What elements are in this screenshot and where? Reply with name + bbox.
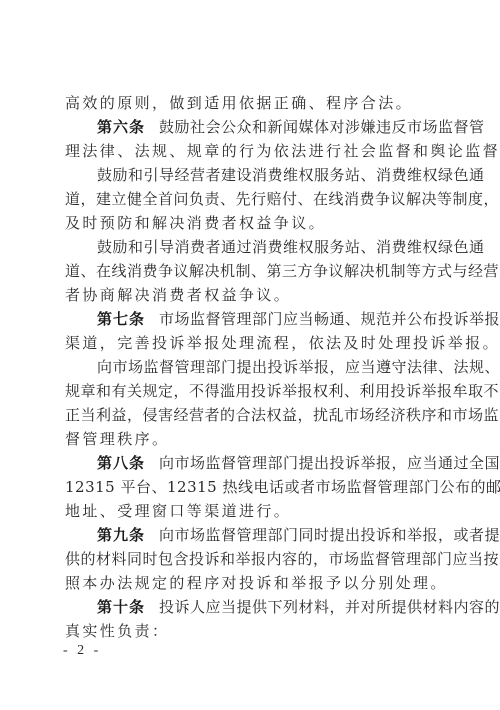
- text-line: 渠道，完善投诉举报处理流程，依法及时处理投诉举报。: [65, 331, 441, 355]
- article-9: 第九条向市场监督管理部门同时提出投诉和举报，或者提 供的材料同时包含投诉和举报内…: [65, 523, 441, 595]
- text-line: 高效的原则，做到适用依据正确、程序合法。: [65, 91, 441, 115]
- text-line: 道、在线消费争议解决机制、第三方争议解决机制等方式与经营: [65, 259, 441, 283]
- paragraph-consumers: 鼓励和引导消费者通过消费维权服务站、消费维权绿色通 道、在线消费争议解决机制、第…: [65, 235, 441, 307]
- article-label: 第八条: [97, 454, 145, 472]
- text-line: 规章和有关规定，不得滥用投诉举报权利、利用投诉举报牟取不: [65, 379, 441, 403]
- text-line: 供的材料同时包含投诉和举报内容的，市场监督管理部门应当按: [65, 547, 441, 571]
- article-label: 第六条: [97, 118, 145, 136]
- text-line: 第十条投诉人应当提供下列材料，并对所提供材料内容的: [65, 595, 441, 619]
- page-number: - 2 -: [63, 642, 101, 660]
- text-line: 地址、受理窗口等渠道进行。: [65, 499, 441, 523]
- paragraph-operators: 鼓励和引导经营者建设消费维权服务站、消费维权绿色通 道，建立健全首问负责、先行赔…: [65, 163, 441, 235]
- text-line: 照本办法规定的程序对投诉和举报予以分别处理。: [65, 571, 441, 595]
- article-8: 第八条向市场监督管理部门提出投诉举报，应当通过全国 12315 平台、12315…: [65, 451, 441, 523]
- article-label: 第十条: [97, 598, 145, 616]
- text-line: 正当利益，侵害经营者的合法权益，扰乱市场经济秩序和市场监: [65, 403, 441, 427]
- text-line: 12315 平台、12315 热线电话或者市场监督管理部门公布的邮寄: [65, 475, 441, 499]
- text-line: 督管理秩序。: [65, 427, 441, 451]
- document-page: 高效的原则，做到适用依据正确、程序合法。 第六条鼓励社会公众和新闻媒体对涉嫌违反…: [65, 91, 441, 643]
- text-line: 鼓励和引导消费者通过消费维权服务站、消费维权绿色通: [65, 235, 441, 259]
- text-line: 及时预防和解决消费者权益争议。: [65, 211, 441, 235]
- text-line: 第九条向市场监督管理部门同时提出投诉和举报，或者提: [65, 523, 441, 547]
- article-7: 第七条市场监督管理部门应当畅通、规范并公布投诉举报 渠道，完善投诉举报处理流程，…: [65, 307, 441, 355]
- text-line: 道，建立健全首问负责、先行赔付、在线消费争议解决等制度，: [65, 187, 441, 211]
- text-line: 者协商解决消费者权益争议。: [65, 283, 441, 307]
- text-line: 向市场监督管理部门提出投诉举报，应当遵守法律、法规、: [65, 355, 441, 379]
- article-10: 第十条投诉人应当提供下列材料，并对所提供材料内容的 真实性负责：: [65, 595, 441, 643]
- text-line: 第八条向市场监督管理部门提出投诉举报，应当通过全国: [65, 451, 441, 475]
- text-line: 鼓励和引导经营者建设消费维权服务站、消费维权绿色通: [65, 163, 441, 187]
- text-line: 理法律、法规、规章的行为依法进行社会监督和舆论监督。: [65, 139, 441, 163]
- text-line: 真实性负责：: [65, 619, 441, 643]
- article-6: 第六条鼓励社会公众和新闻媒体对涉嫌违反市场监督管 理法律、法规、规章的行为依法进…: [65, 115, 441, 163]
- paragraph-continuation: 高效的原则，做到适用依据正确、程序合法。: [65, 91, 441, 115]
- text-line: 第六条鼓励社会公众和新闻媒体对涉嫌违反市场监督管: [65, 115, 441, 139]
- paragraph-obligations: 向市场监督管理部门提出投诉举报，应当遵守法律、法规、 规章和有关规定，不得滥用投…: [65, 355, 441, 451]
- text-line: 第七条市场监督管理部门应当畅通、规范并公布投诉举报: [65, 307, 441, 331]
- article-label: 第九条: [97, 526, 145, 544]
- article-label: 第七条: [97, 310, 145, 328]
